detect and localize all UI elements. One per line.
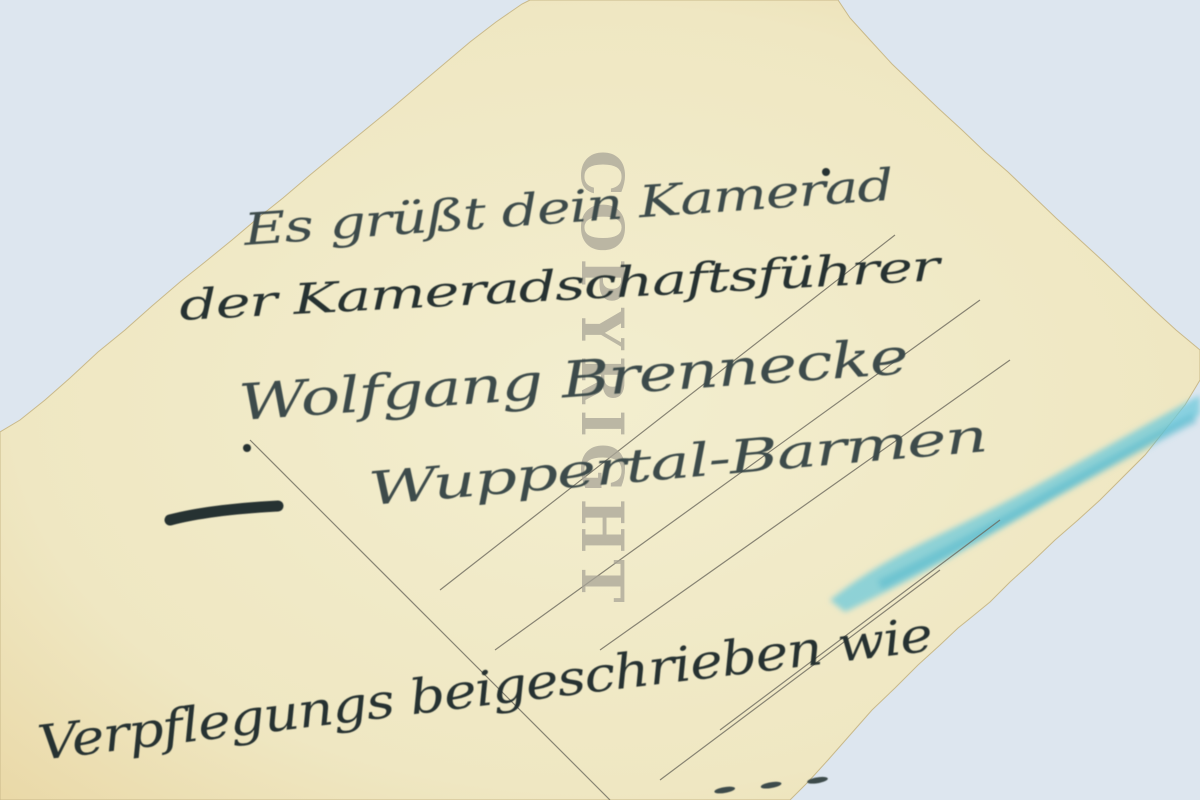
ink-dot-mark (243, 444, 251, 452)
ink-dot-top (822, 168, 830, 176)
postcard-photo: COPYRIGHT Es grüßt dein Kamerad der Kame… (0, 0, 1200, 800)
